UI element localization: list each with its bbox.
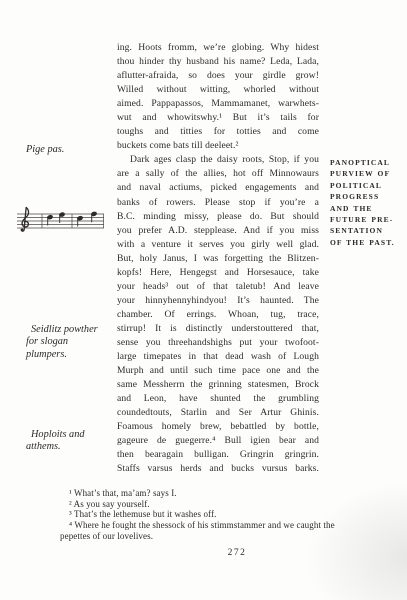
footnote-line: pepettes of our lovelives. — [60, 531, 356, 542]
text-line: large timepates in that dead wash of Lou… — [117, 350, 319, 364]
footnote-line: ³ That’s the lethemuse but it washes off… — [60, 509, 356, 520]
text-line: Staffs varsus herds and bucks vursus bar… — [117, 462, 319, 476]
page-number: 272 — [228, 548, 247, 558]
margin-note-line: Hoploits and — [26, 429, 114, 441]
margin-note-line: PANOPTICAL — [330, 157, 404, 168]
text-line: stirrup! It is distinctly understouttere… — [117, 322, 319, 336]
margin-note-seidlitz: Seidlitz powtherfor sloganplumpers. — [26, 324, 114, 361]
text-line: with a venture it serves you girly well … — [117, 238, 319, 252]
text-line: But, holy Janus, I was forgetting the Bl… — [117, 252, 319, 266]
text-line: gageure de guegerre.⁴ Bull igien bear an… — [117, 434, 319, 448]
margin-note-line: SENTATION — [330, 225, 404, 236]
margin-note-line: POLITICAL — [330, 180, 404, 191]
text-line: you prefer A.D. stepplease. And if you m… — [117, 224, 319, 238]
margin-note-line: AND THE — [330, 203, 404, 214]
text-line: Willed without witting, whorled without — [117, 83, 319, 97]
margin-note-line: Seidlitz powther — [26, 324, 114, 336]
text-line: kopfs! Here, Hengegst and Horsesauce, ta… — [117, 266, 319, 280]
treble-clef-glyph — [21, 208, 28, 232]
text-line: and naval actiums, picked engagements an… — [117, 181, 319, 195]
text-line: ing. Hoots fromm, we’re globing. Why hid… — [117, 41, 319, 55]
margin-note-line: PROGRESS — [330, 191, 404, 202]
text-line: coundedtouts, Starlin and Ser Artur Ghin… — [117, 406, 319, 420]
text-line: banks of rowers. Please stop if you’re a — [117, 196, 319, 210]
book-page: Pige pas. — [0, 0, 407, 600]
text-line: Dark ages clasp the daisy roots, Stop, i… — [117, 153, 319, 167]
margin-note-pige-pas: Pige pas. — [26, 144, 114, 156]
text-line: chamber. Of errings. Whoan, tug, trace, — [117, 308, 319, 322]
footnotes-block: ¹ What’s that, ma’am? says I.² As you sa… — [60, 488, 356, 542]
text-line: are a sally of the allies, hot off Minno… — [117, 167, 319, 181]
margin-note-line: OF THE PAST. — [330, 237, 404, 248]
margin-note-line: PURVIEW OF — [330, 168, 404, 179]
main-text-block: ing. Hoots fromm, we’re globing. Why hid… — [117, 41, 319, 476]
text-line: thou hinder thy husband his name? Leda, … — [117, 55, 319, 69]
text-line: Murph and until such time pace one and t… — [117, 364, 319, 378]
margin-note-hoploits: Hoploits andatthems. — [26, 429, 114, 454]
text-line: aimed. Pappapassos, Mammamanet, warwhets… — [117, 97, 319, 111]
treble-clef-staff-icon — [12, 204, 106, 238]
text-line: sense you threehandshighs put your twofo… — [117, 336, 319, 350]
margin-note-line: atthems. — [26, 441, 114, 453]
margin-note-panoptical: PANOPTICALPURVIEW OFPOLITICALPROGRESSAND… — [330, 157, 404, 248]
text-line: same Messherrn the grinning statesmen, B… — [117, 378, 319, 392]
footnote-line: ¹ What’s that, ma’am? says I. — [60, 488, 356, 499]
margin-note-line: FUTURE PRE- — [330, 214, 404, 225]
text-line: toughs and titties for totties and come — [117, 125, 319, 139]
margin-note-line: for slogan — [26, 336, 114, 348]
text-line: B.C. minding missy, please do. But shoul… — [117, 210, 319, 224]
text-line: your heads³ out of that taletub! And lea… — [117, 280, 319, 294]
text-line: Foamous homely brew, bebattled by bottle… — [117, 420, 319, 434]
text-line: and Leon, have shunted the grumbling — [117, 392, 319, 406]
margin-note-line: plumpers. — [26, 349, 114, 361]
text-line: then bearagain bulligan. Gringrin gringr… — [117, 448, 319, 462]
text-line: aflutter-afraida, so does your girdle gr… — [117, 69, 319, 83]
footnote-line: ² As you say yourself. — [60, 499, 356, 510]
text-line: buckets come bats till deeleet.² — [117, 139, 319, 153]
text-line: your hinnyhennyhindyou! It’s haunted. Th… — [117, 294, 319, 308]
footnote-line: ⁴ Where he fought the shessock of his st… — [60, 520, 356, 531]
text-line: wut and whowitswhy.¹ But it’s tails for — [117, 111, 319, 125]
